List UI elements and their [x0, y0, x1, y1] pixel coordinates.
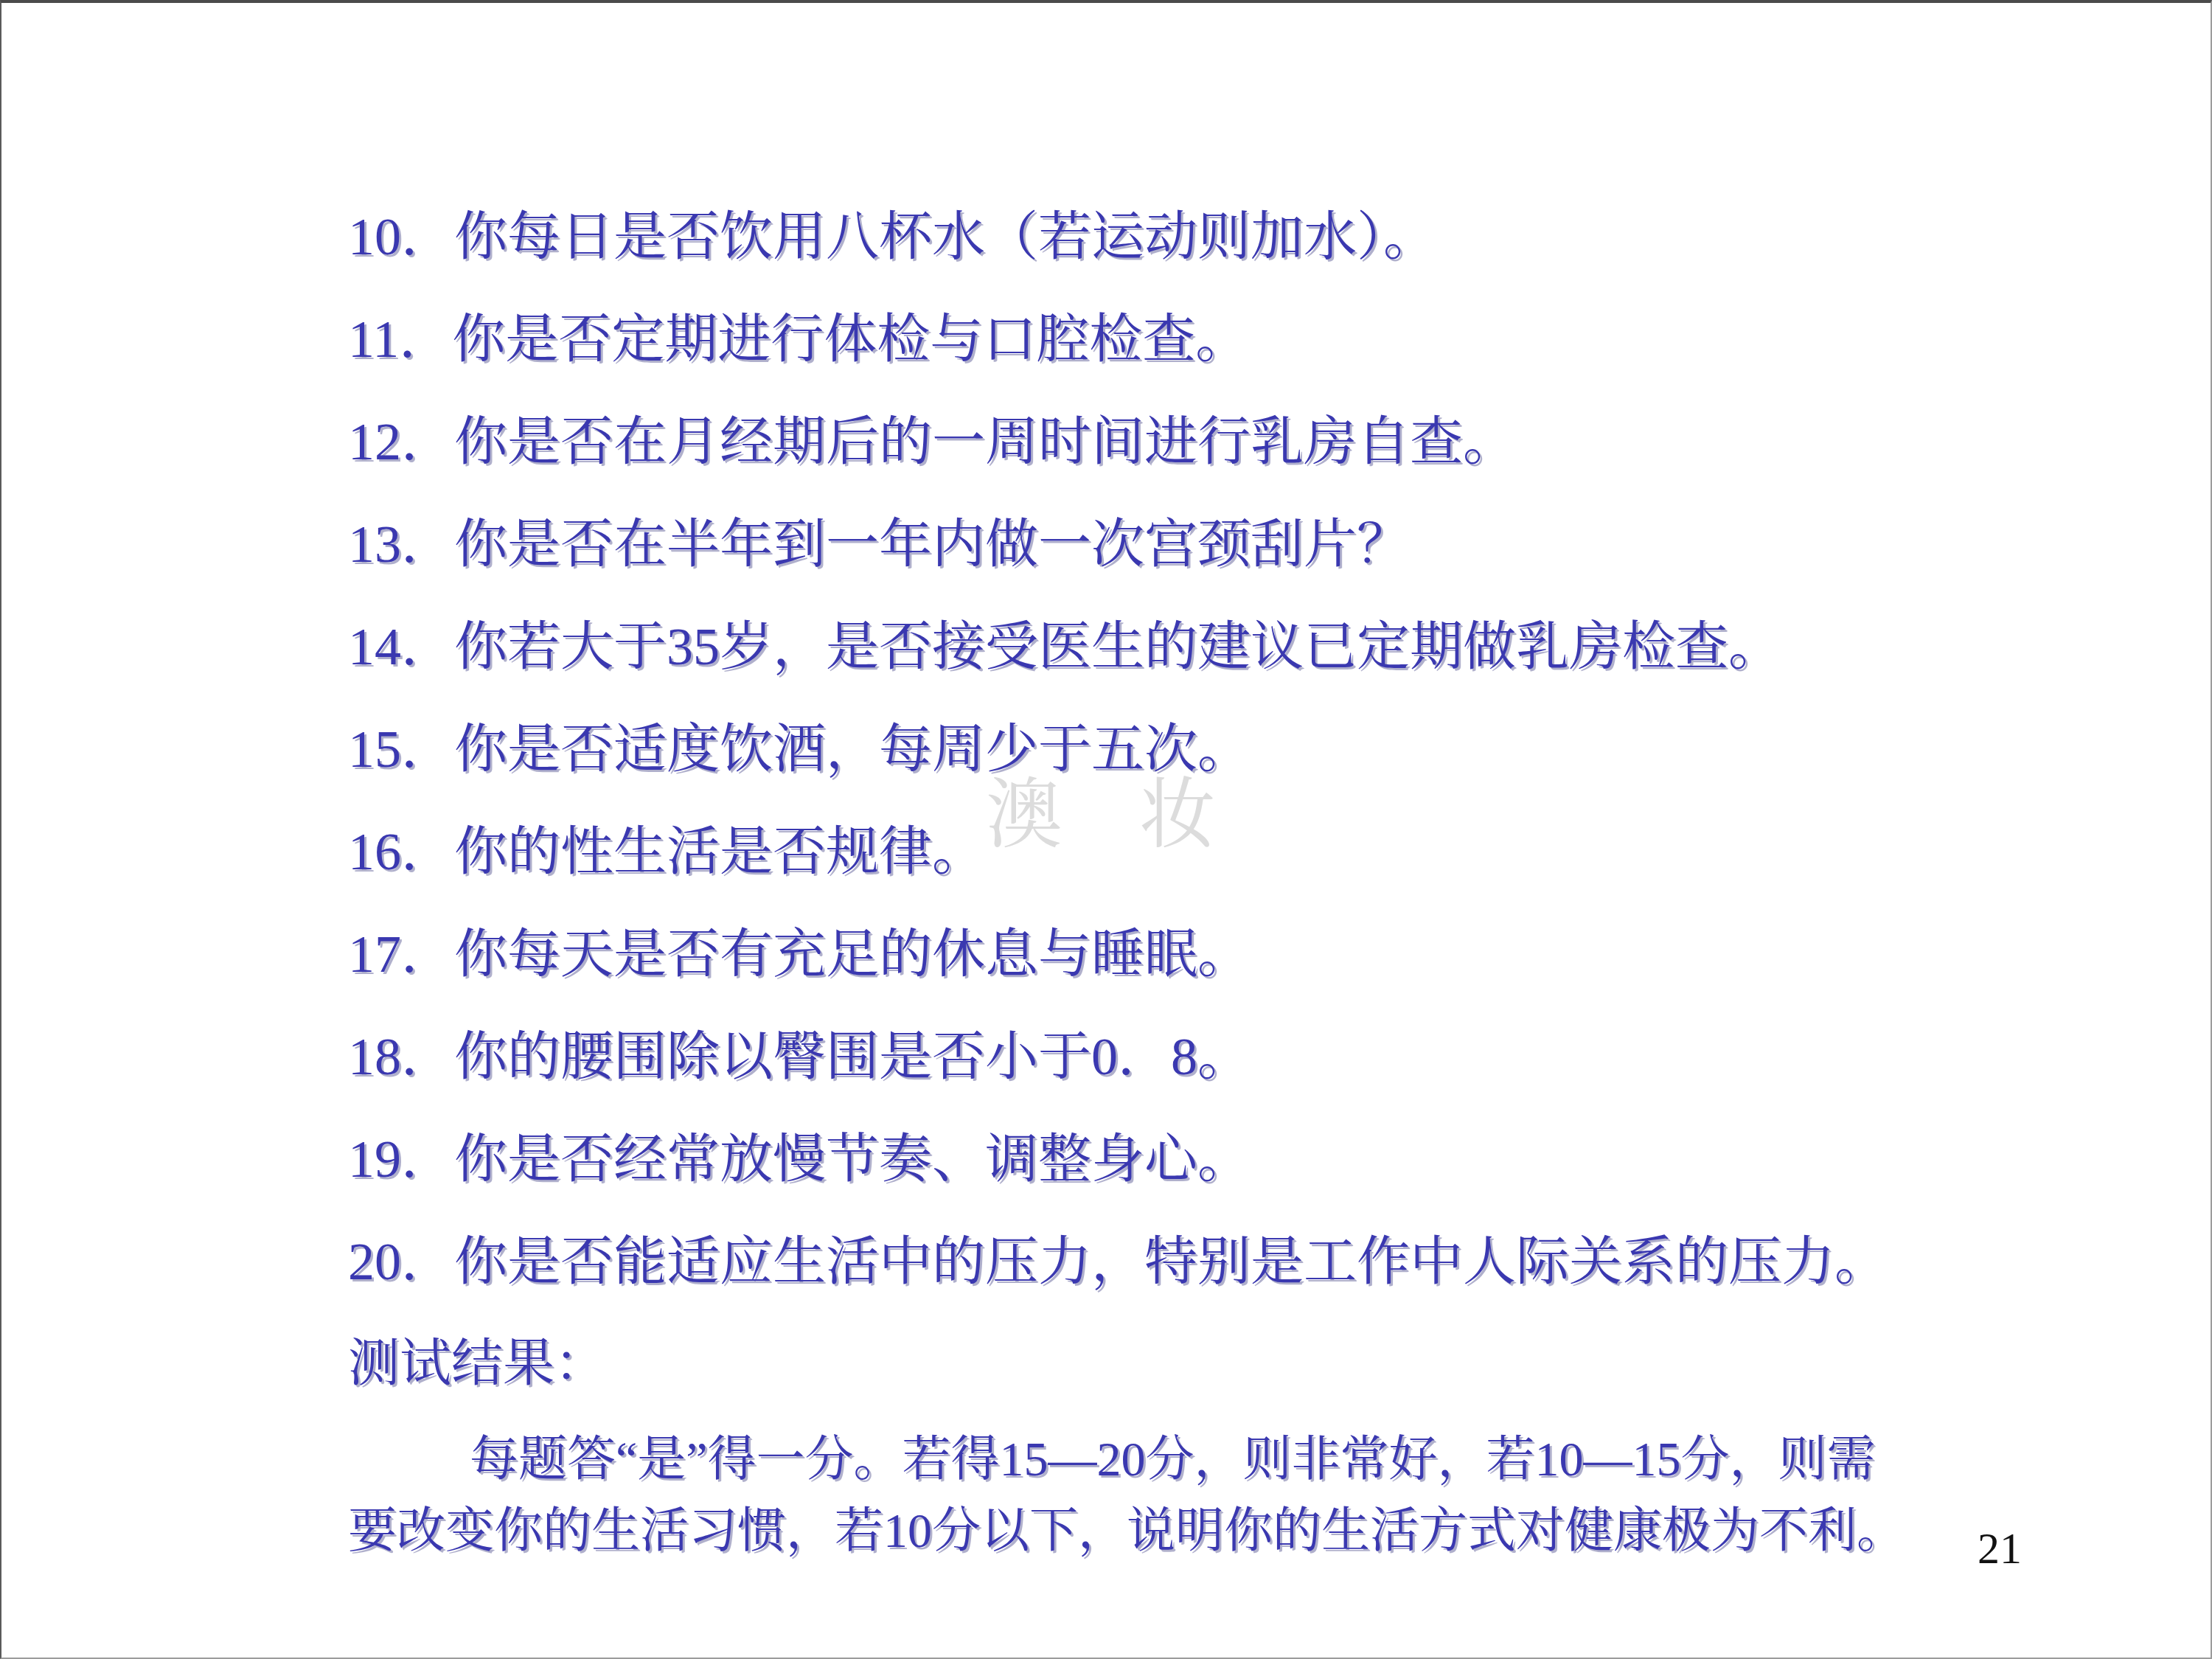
page-number: 21	[1978, 1526, 2022, 1571]
result-heading: 测试结果：	[348, 1321, 2174, 1409]
question-item-16: 16．你的性生活是否规律。	[348, 801, 2174, 903]
result-text-line-2: 要改变你的生活习惯，若10分以下，说明你的生活方式对健康极为不利。	[348, 1495, 2174, 1567]
question-item-20: 20．你是否能适应生活中的压力，特别是工作中人际关系的压力。	[348, 1211, 2174, 1313]
question-item-13: 13．你是否在半年到一年内做一次宫颈刮片？	[348, 493, 2174, 596]
slide-content: 10．你每日是否饮用八杯水（若运动则加水）。 11．你是否定期进行体检与口腔检查…	[348, 3, 2174, 1567]
question-item-10: 10．你每日是否饮用八杯水（若运动则加水）。	[348, 186, 2174, 288]
question-item-15: 15．你是否适度饮酒，每周少于五次。	[348, 698, 2174, 801]
question-item-12: 12．你是否在月经期后的一周时间进行乳房自查。	[348, 391, 2174, 493]
question-item-17: 17．你每天是否有充足的休息与睡眠。	[348, 903, 2174, 1006]
slide-page: 澳 妆 10．你每日是否饮用八杯水（若运动则加水）。 11．你是否定期进行体检与…	[0, 0, 2212, 1659]
question-item-14: 14．你若大于35岁，是否接受医生的建议已定期做乳房检查。	[348, 596, 2174, 698]
result-text-line-1: 每题答“是”得一分。若得15—20分，则非常好，若10—15分，则需	[348, 1424, 2174, 1495]
question-item-19: 19．你是否经常放慢节奏、调整身心。	[348, 1108, 2174, 1211]
question-item-18: 18．你的腰围除以臀围是否小于0．8。	[348, 1006, 2174, 1108]
question-item-11: 11．你是否定期进行体检与口腔检查。	[348, 288, 2174, 391]
